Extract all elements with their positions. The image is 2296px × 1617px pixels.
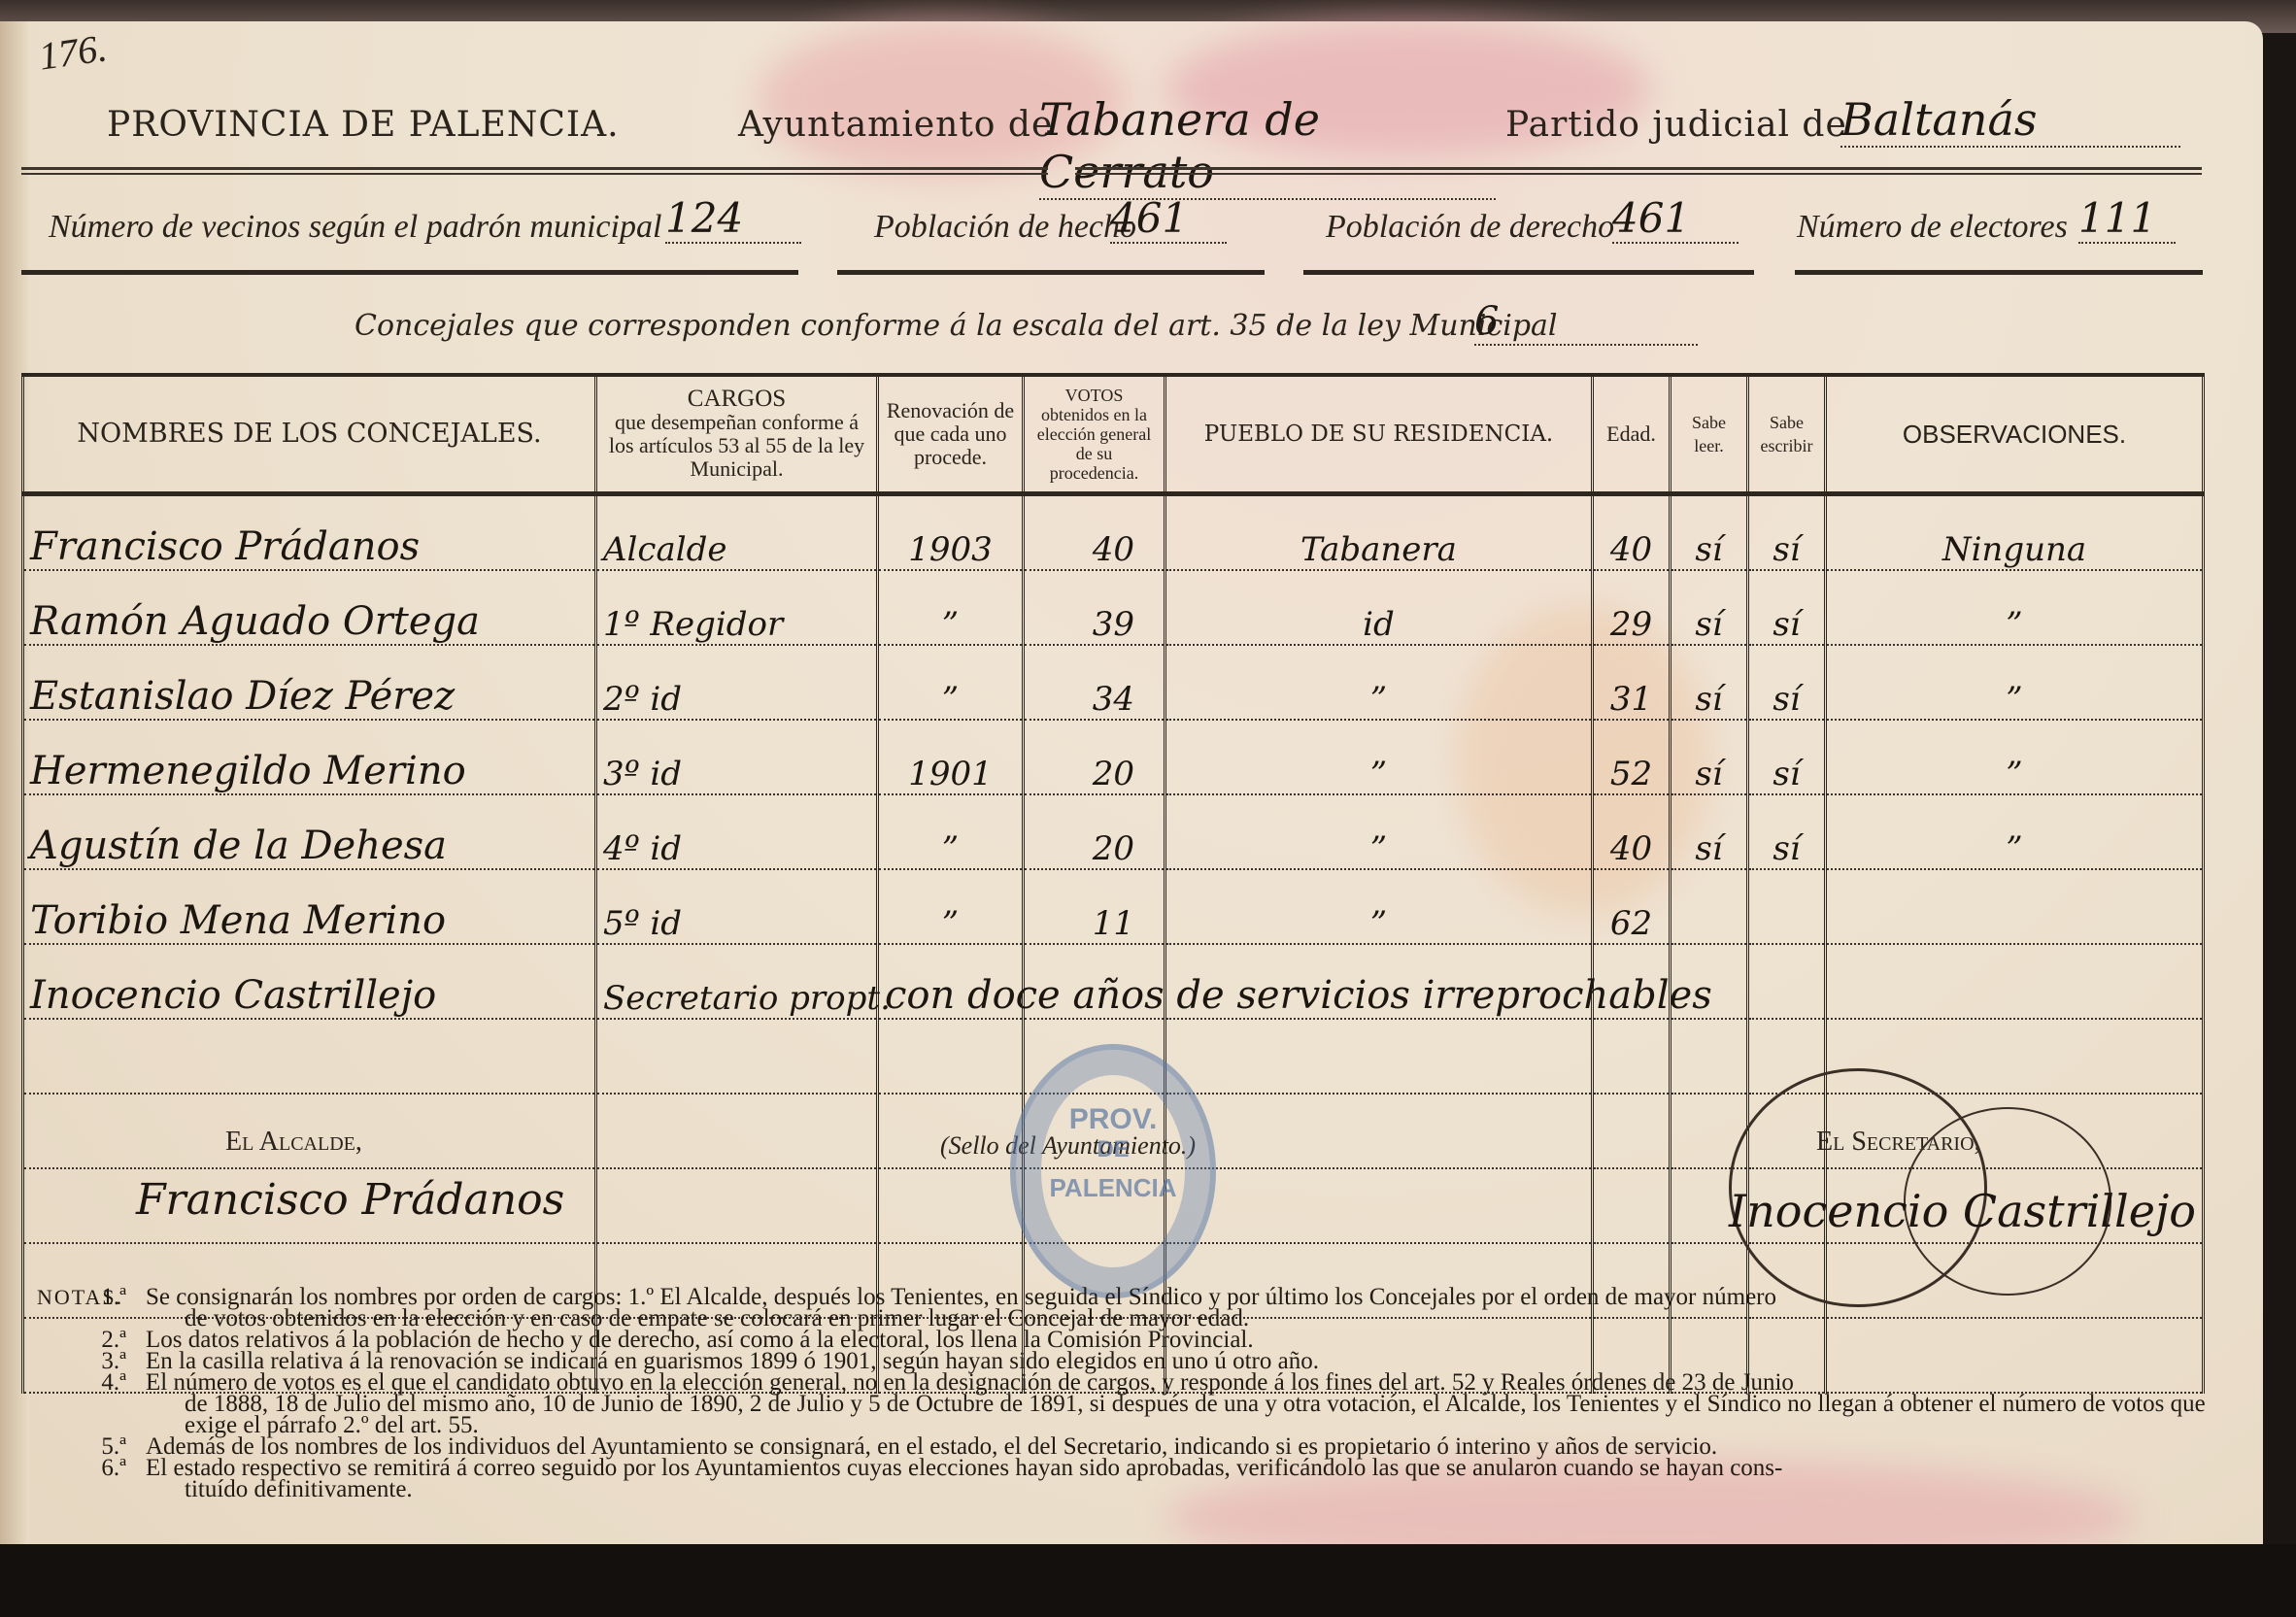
cell-obs: Ninguna	[1826, 494, 2204, 571]
divider	[21, 270, 798, 275]
alcalde-signature: Francisco Prádanos	[136, 1175, 564, 1225]
cell-leer: sí	[1671, 494, 1748, 571]
note-number: 3.ª	[29, 1351, 146, 1372]
cell-nombre: Ramón Aguado Ortega	[23, 570, 596, 645]
header-observaciones: OBSERVACIONES.	[1826, 375, 2204, 494]
cell-escribir: sí	[1748, 720, 1826, 794]
cell-leer: sí	[1671, 794, 1748, 869]
cell-cargo: 1º Regidor	[596, 570, 878, 645]
cell-nombre: Hermenegildo Merino	[23, 720, 596, 794]
header-votos-title: VOTOS	[1030, 386, 1158, 405]
ayuntamiento-value: Tabanera de Cerrato	[1039, 93, 1496, 200]
cell-escribir: sí	[1748, 645, 1826, 720]
cell-edad: 31	[1593, 645, 1671, 720]
cell-pueblo	[1165, 1094, 1593, 1168]
cell-obs	[1826, 869, 2204, 944]
cell-edad	[1593, 1168, 1671, 1243]
divider	[1303, 270, 1754, 275]
cell-nombre	[23, 1019, 596, 1094]
header-pueblo: PUEBLO DE SU RESIDENCIA.	[1165, 375, 1593, 494]
cell-obs: ”	[1826, 720, 2204, 794]
cell-edad: 29	[1593, 570, 1671, 645]
provincia-title: PROVINCIA DE PALENCIA.	[107, 105, 620, 145]
cell-edad: 62	[1593, 869, 1671, 944]
electores-value: 111	[2078, 194, 2176, 244]
header-renovacion: Renovación de que cada uno procede.	[878, 375, 1024, 494]
alcalde-label: El Alcalde,	[225, 1127, 362, 1158]
cell-cargo	[596, 1094, 878, 1168]
stamp-bottom: PALENCIA	[1016, 1173, 1210, 1203]
cell-leer	[1671, 869, 1748, 944]
cell-cargo: 3º id	[596, 720, 878, 794]
cell-cargo: 4º id	[596, 794, 878, 869]
note-item: 1.ªSe consignarán los nombres por orden …	[29, 1287, 2224, 1330]
cell-leer: sí	[1671, 720, 1748, 794]
municipal-stamp: PROV. DE PALENCIA	[1010, 1044, 1216, 1298]
cell-cargo	[596, 1168, 878, 1243]
partido-value: Baltanás	[1840, 93, 2180, 148]
cell-cargo: Secretario propt.	[596, 944, 878, 1019]
note-number: 5.ª	[29, 1436, 146, 1458]
cell-votos: 20	[1024, 720, 1165, 794]
cell-edad	[1593, 1094, 1671, 1168]
notes-label: NOTAS.	[37, 1287, 123, 1308]
cell-cargo: 5º id	[596, 869, 878, 944]
book-edge-bottom	[0, 1544, 2296, 1617]
cell-nombre: Francisco Prádanos	[23, 494, 596, 571]
cell-nombre: Inocencio Castrillejo	[23, 944, 596, 1019]
folio-number: 176.	[36, 24, 110, 79]
cell-votos: 11	[1024, 869, 1165, 944]
cell-votos: 40	[1024, 494, 1165, 571]
header-votos-sub: obtenidos en la elección general de su p…	[1030, 405, 1158, 483]
cell-renovacion: 1901	[878, 720, 1024, 794]
cell-edad	[1593, 1019, 1671, 1094]
cell-obs: ”	[1826, 645, 2204, 720]
cell-renovacion	[878, 1168, 1024, 1243]
header-votos: VOTOS obtenidos en la elección general d…	[1024, 375, 1165, 494]
header-cargos: CARGOS que desempeñan conforme á los art…	[596, 375, 878, 494]
table-row: Ramón Aguado Ortega1º Regidor”39id29sísí…	[23, 570, 2204, 645]
divider	[1075, 167, 2202, 175]
cell-renovacion: ”	[878, 645, 1024, 720]
cell-edad: 40	[1593, 794, 1671, 869]
cell-pueblo: Tabanera	[1165, 494, 1593, 571]
cell-escribir	[1748, 944, 1826, 1019]
concejales-label: Concejales que corresponden conforme á l…	[355, 309, 1558, 343]
electores-label: Número de electores	[1797, 209, 2068, 246]
cell-renovacion: ”	[878, 570, 1024, 645]
cell-escribir: sí	[1748, 570, 1826, 645]
cell-cargo	[596, 1019, 878, 1094]
cell-votos: 20	[1024, 794, 1165, 869]
cell-renovacion	[878, 1019, 1024, 1094]
derecho-value: 461	[1612, 194, 1739, 244]
cell-obs: ”	[1826, 794, 2204, 869]
header-cargos-title: CARGOS	[603, 387, 870, 411]
partido-label: Partido judicial de	[1505, 105, 1847, 145]
ayuntamiento-label: Ayuntamiento de	[738, 105, 1053, 145]
cell-nombre: Agustín de la Dehesa	[23, 794, 596, 869]
cell-pueblo	[1165, 1168, 1593, 1243]
divider	[21, 167, 1048, 175]
header-nombres: NOMBRES DE LOS CONCEJALES.	[23, 375, 596, 494]
note-item: 4.ªEl número de votos es el que el candi…	[29, 1372, 2224, 1436]
vecinos-label: Número de vecinos según el padrón munici…	[49, 209, 661, 246]
table-row: Inocencio CastrillejoSecretario propt.co…	[23, 944, 2204, 1019]
note-number: 2.ª	[29, 1330, 146, 1351]
cell-pueblo: ”	[1165, 645, 1593, 720]
cell-renovacion: ”	[878, 869, 1024, 944]
cell-renovacion: 1903	[878, 494, 1024, 571]
note-continuation: de 1888, 18 de Julio del mismo año, 10 d…	[146, 1394, 2224, 1436]
cell-cargo: 2º id	[596, 645, 878, 720]
cell-escribir: sí	[1748, 794, 1826, 869]
note-number: 4.ª	[29, 1372, 146, 1436]
table-row: Estanislao Díez Pérez2º id”34”31sísí”	[23, 645, 2204, 720]
cell-obs	[1826, 944, 2204, 1019]
header-sabe-leer: Sabe leer.	[1671, 375, 1748, 494]
secretario-signature: Inocencio Castrillejo	[1729, 1185, 2196, 1237]
note-item: 6.ªEl estado respectivo se remitirá á co…	[29, 1458, 2224, 1500]
note-continuation: tituído definitivamente.	[146, 1479, 2224, 1500]
cell-pueblo: id	[1165, 570, 1593, 645]
cell-escribir: sí	[1748, 494, 1826, 571]
table-row: Francisco PrádanosAlcalde190340Tabanera4…	[23, 494, 2204, 571]
header-edad: Edad.	[1593, 375, 1671, 494]
cell-obs: ”	[1826, 570, 2204, 645]
table-row: Agustín de la Dehesa4º id”20”40sísí”	[23, 794, 2204, 869]
cell-pueblo: ”	[1165, 794, 1593, 869]
cell-votos: 39	[1024, 570, 1165, 645]
concejales-value: 6	[1474, 299, 1698, 346]
cell-leer: sí	[1671, 645, 1748, 720]
cell-renovacion: ”	[878, 794, 1024, 869]
note-number: 6.ª	[29, 1458, 146, 1500]
hecho-label: Población de hecho	[874, 209, 1136, 246]
cell-pueblo	[1165, 1019, 1593, 1094]
hecho-value: 461	[1110, 194, 1227, 244]
cell-cargo: Alcalde	[596, 494, 878, 571]
header-cargos-sub: que desempeñan conforme á los artículos …	[603, 411, 870, 481]
divider	[837, 270, 1265, 275]
table-header-row: NOMBRES DE LOS CONCEJALES. CARGOS que de…	[23, 375, 2204, 494]
derecho-label: Población de derecho	[1326, 209, 1614, 246]
cell-nombre: Toribio Mena Merino	[23, 869, 596, 944]
cell-pueblo: ”	[1165, 869, 1593, 944]
vecinos-value: 124	[665, 194, 801, 244]
cell-leer	[1671, 1019, 1748, 1094]
cell-edad: 40	[1593, 494, 1671, 571]
header-sabe-escribir: Sabe escribir	[1748, 375, 1826, 494]
stamp-mid: DE	[1016, 1136, 1210, 1163]
cell-leer: sí	[1671, 570, 1748, 645]
table-row: Hermenegildo Merino3º id190120”52sísí”	[23, 720, 2204, 794]
note-text: El estado respectivo se remitirá á corre…	[146, 1458, 2224, 1479]
cell-nombre: Estanislao Díez Pérez	[23, 645, 596, 720]
cell-renovacion: con doce años de servicios irreprochable…	[878, 944, 1024, 1019]
cell-escribir	[1748, 869, 1826, 944]
stamp-top: PROV.	[1016, 1103, 1210, 1136]
notes-section: NOTAS. 1.ªSe consignarán los nombres por…	[29, 1287, 2224, 1500]
cell-edad: 52	[1593, 720, 1671, 794]
divider	[1795, 270, 2203, 275]
cell-pueblo: ”	[1165, 720, 1593, 794]
cell-votos: 34	[1024, 645, 1165, 720]
table-row: Toribio Mena Merino5º id”11”62	[23, 869, 2204, 944]
